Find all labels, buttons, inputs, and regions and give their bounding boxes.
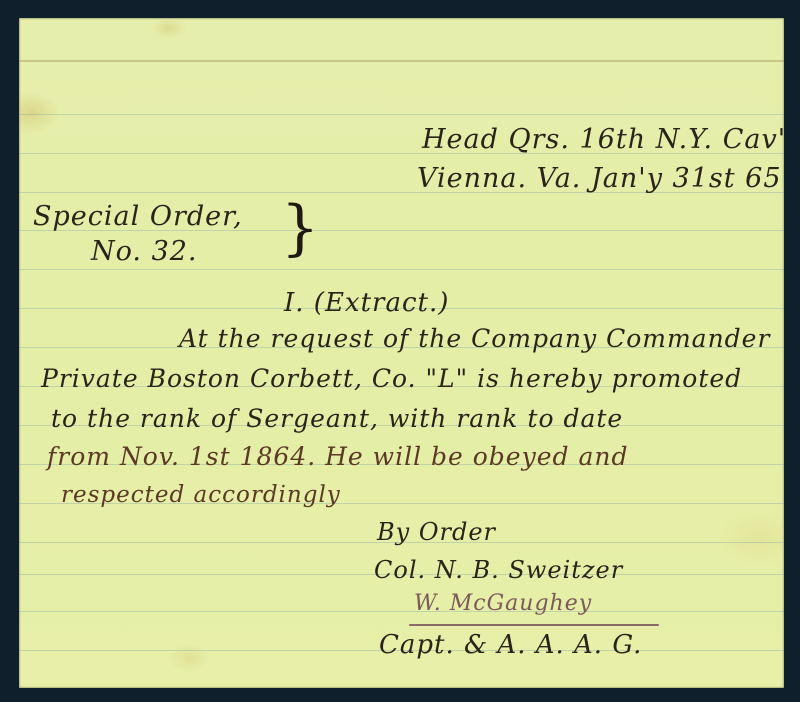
officer-signature: W. McGaughey xyxy=(414,591,592,616)
ruled-line xyxy=(19,114,784,115)
signature-underline xyxy=(409,624,659,626)
by-order-text: By Order xyxy=(377,518,496,546)
commander-name: Col. N. B. Sweitzer xyxy=(374,556,623,584)
body-line-2: Private Boston Corbett, Co. "L" is hereb… xyxy=(41,364,742,393)
ruled-line xyxy=(19,269,784,270)
order-title: Special Order, xyxy=(33,201,243,232)
brace-symbol: } xyxy=(281,198,319,258)
body-line-1: At the request of the Company Commander xyxy=(179,324,770,353)
section-heading: I. (Extract.) xyxy=(284,288,449,318)
heading-headquarters: Head Qrs. 16th N.Y. Cav'y xyxy=(422,124,784,155)
document-paper: Head Qrs. 16th N.Y. Cav'y Vienna. Va. Ja… xyxy=(19,18,784,688)
fold-line xyxy=(19,60,784,62)
body-line-3: to the rank of Sergeant, with rank to da… xyxy=(51,404,623,433)
ruled-line xyxy=(19,611,784,612)
body-line-4: from Nov. 1st 1864. He will be obeyed an… xyxy=(47,442,628,471)
officer-title: Capt. & A. A. A. G. xyxy=(379,630,642,660)
heading-location-date: Vienna. Va. Jan'y 31st 65. xyxy=(417,163,784,194)
order-number: No. 32. xyxy=(91,236,198,267)
body-line-5: respected accordingly xyxy=(61,482,341,508)
